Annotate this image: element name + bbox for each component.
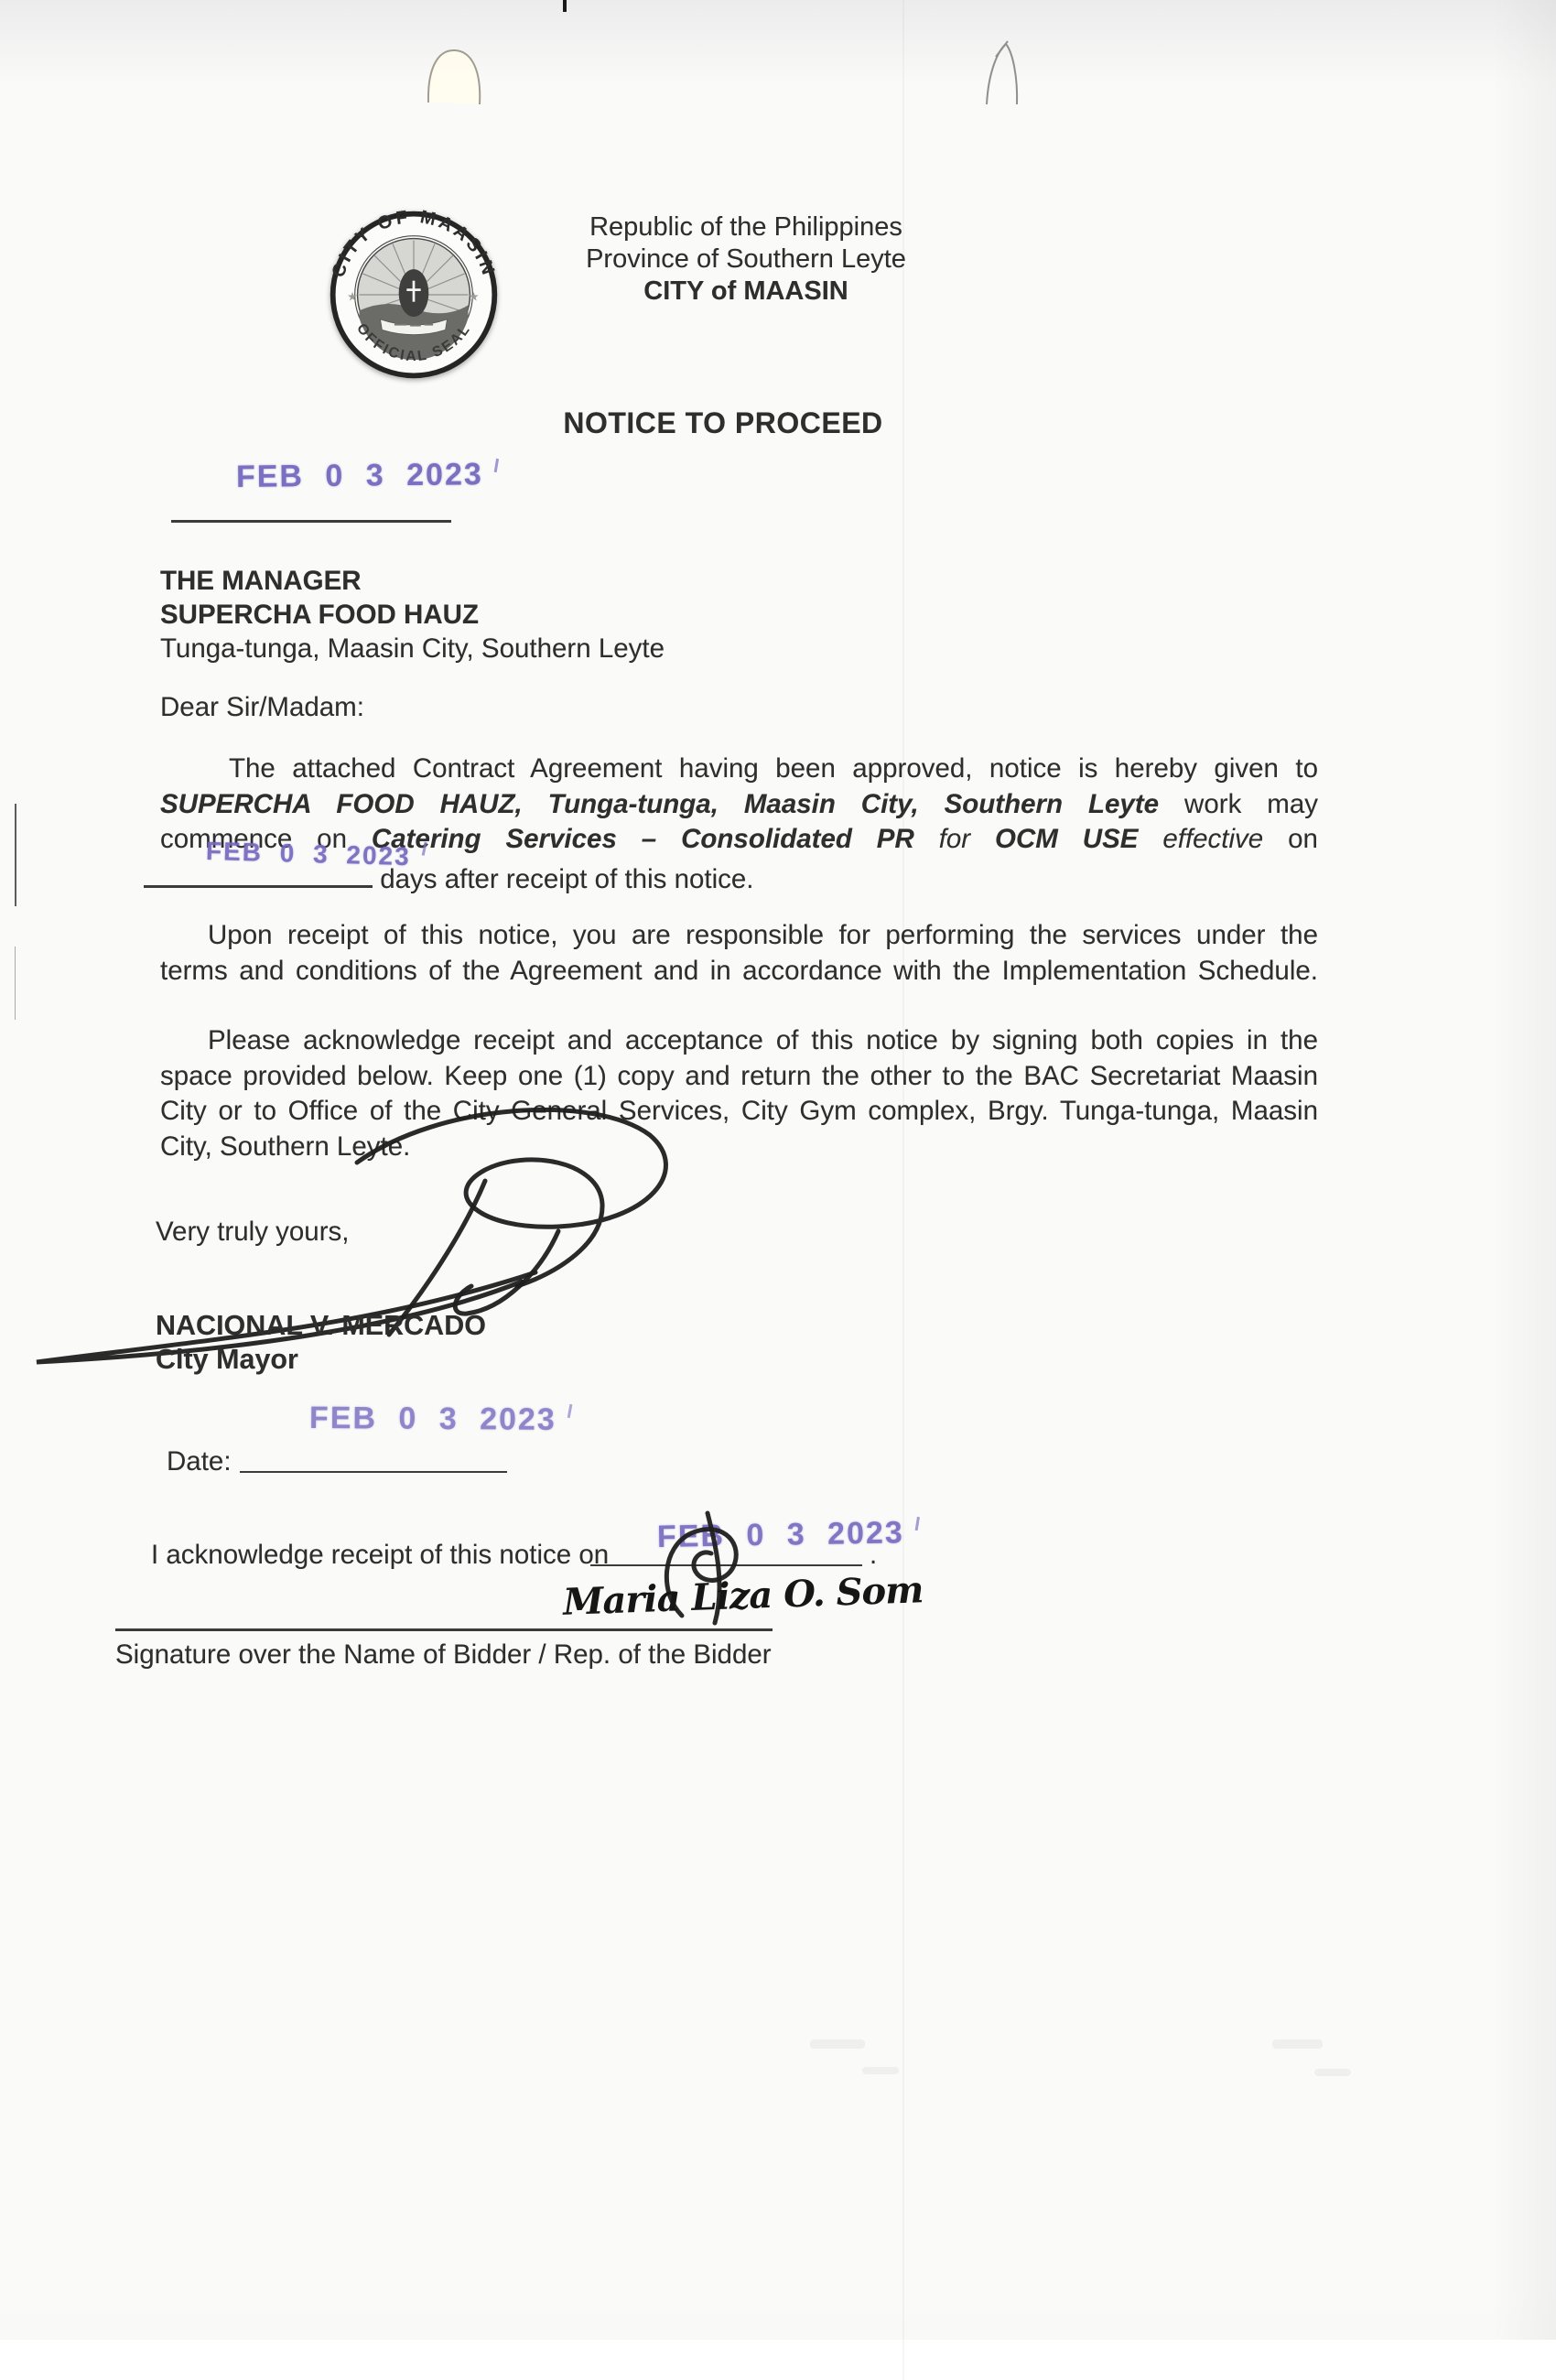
punch-hole-marks (0, 0, 1556, 128)
supplier-name-bold: SUPERCHA FOOD HAUZ, Tunga-tunga, Maasin … (160, 789, 1159, 819)
date-label: Date: (167, 1446, 232, 1477)
signature-caption: Signature over the Name of Bidder / Rep.… (115, 1639, 772, 1671)
city-seal: ★ ★ CITY OF MAASIN OFFICIAL SEAL (326, 207, 502, 383)
punch-hole-mark-right (987, 44, 1017, 104)
signer-title: City Mayor (156, 1344, 298, 1376)
letterhead-country: Republic of the Philippines (517, 211, 975, 243)
addressee-block: THE MANAGER SUPERCHA FOOD HAUZ Tunga-tun… (160, 564, 665, 665)
date-stamp-effective: FEB 0 3 2023 (205, 834, 411, 875)
addressee-position: THE MANAGER (160, 564, 665, 598)
date-stamp-signed: FEB 0 3 2023 (309, 1401, 556, 1438)
addressee-address: Tunga-tunga, Maasin City, Southern Leyte (160, 632, 665, 665)
paragraph-text: work may (1184, 789, 1318, 819)
seal-banner-text-mark (394, 324, 406, 326)
body-paragraph-2: Upon receipt of this notice, you are res… (160, 918, 1318, 989)
paragraph-line: FEB 0 3 2023 days after receipt of this … (144, 858, 1318, 898)
date-line (240, 1471, 507, 1473)
scan-artifact-line (15, 947, 16, 1020)
paragraph-text-italic: for (939, 824, 970, 854)
paragraph-text: on (1288, 824, 1318, 854)
scanned-letter-page: ★ ★ CITY OF MAASIN OFFICIAL SEAL Republi… (0, 0, 1556, 2380)
scan-artifact-line (15, 804, 16, 906)
seal-banner-text-mark (425, 324, 434, 326)
signature-stroke (357, 1109, 665, 1286)
scan-shadow-right (1492, 0, 1556, 2380)
paragraph-text: days after receipt of this notice. (380, 864, 753, 894)
effective-date-blank: FEB 0 3 2023 (144, 858, 373, 888)
salutation: Dear Sir/Madam: (160, 692, 364, 723)
seal-cross-vertical (413, 281, 416, 302)
seal-star-left-icon: ★ (347, 290, 358, 304)
handwritten-bidder-name: Maria Liza O. Som (562, 1568, 924, 1624)
scan-smudge (862, 2067, 899, 2074)
city-seal-graphic: ★ ★ CITY OF MAASIN OFFICIAL SEAL (326, 207, 502, 383)
letterhead-city: CITY of MAASIN (517, 276, 975, 308)
paragraph-text-italic: effective (1162, 824, 1263, 854)
signer-name: NACIONAL V. MERCADO (156, 1310, 486, 1342)
paragraph-line: The attached Contract Agreement having b… (160, 752, 1318, 787)
scan-streak (902, 0, 904, 2380)
paragraph-line: space provided below. Keep one (1) copy … (160, 1059, 1318, 1095)
scan-smudge (1314, 2069, 1351, 2076)
punch-hole-mark-left (428, 50, 480, 104)
seal-banner-text-mark (410, 325, 421, 327)
seal-cross-horizontal (406, 288, 420, 291)
seal-star-right-icon: ★ (469, 290, 480, 304)
letterhead-province: Province of Southern Leyte (517, 243, 975, 276)
acknowledgement-text: I acknowledge receipt of this notice on (151, 1540, 609, 1571)
stamp-underline (171, 520, 451, 523)
bidder-signature-line (115, 1628, 773, 1631)
project-use-bold: OCM USE (995, 824, 1138, 854)
letterhead: Republic of the Philippines Province of … (517, 211, 975, 308)
paragraph-line: Upon receipt of this notice, you are res… (160, 918, 1318, 954)
project-name-bold: Catering Services – Consolidated PR (372, 824, 914, 854)
addressee-company: SUPERCHA FOOD HAUZ (160, 598, 665, 632)
body-paragraph-1: The attached Contract Agreement having b… (160, 752, 1318, 897)
scan-smudge (810, 2039, 865, 2049)
paragraph-line: terms and conditions of the Agreement an… (160, 954, 1318, 990)
scan-smudge (1272, 2039, 1323, 2049)
valediction: Very truly yours, (156, 1217, 349, 1248)
document-title: NOTICE TO PROCEED (380, 406, 1066, 440)
paragraph-line: SUPERCHA FOOD HAUZ, Tunga-tunga, Maasin … (160, 787, 1318, 823)
date-stamp-received: FEB 0 3 2023 (236, 457, 483, 495)
paragraph-line: Please acknowledge receipt and acceptanc… (160, 1023, 1318, 1059)
scanner-bed-strip (0, 2340, 1556, 2380)
punch-hole-tick (996, 41, 1008, 57)
